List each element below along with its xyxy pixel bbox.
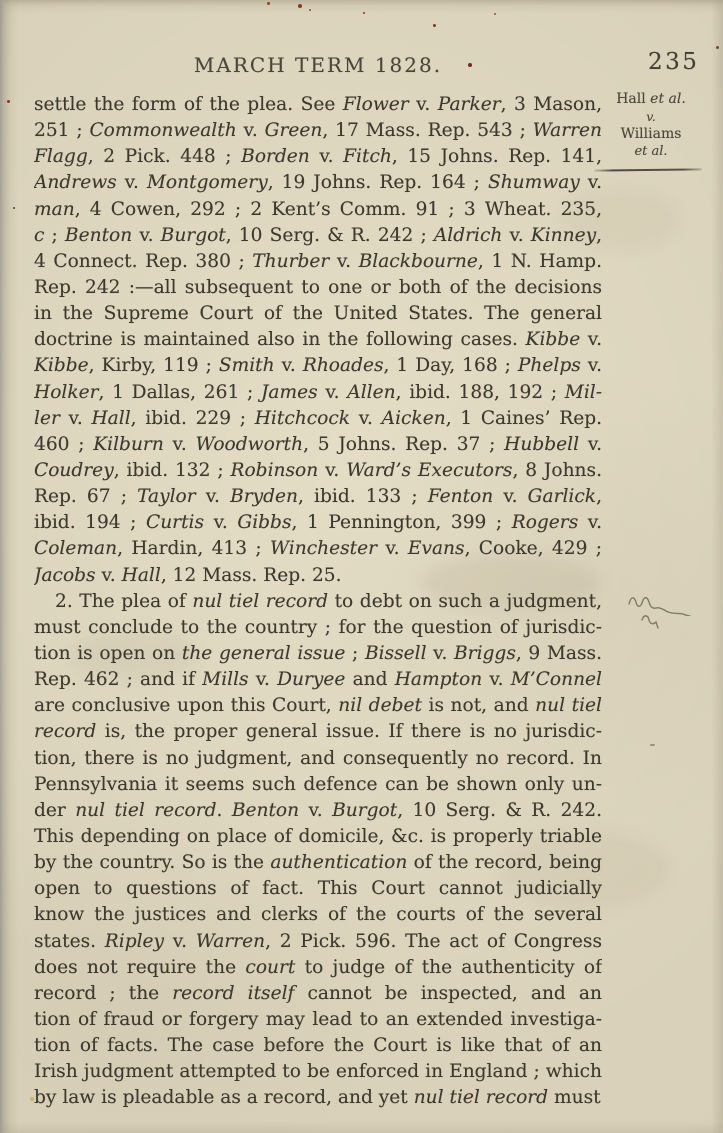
text-line: man, 4 Cowen, 292 ; 2 Kent’s Comm. 91 ; …	[34, 197, 602, 223]
text-line: know the justices and clerks of the cour…	[34, 902, 602, 928]
text-line: Coudrey, ibid. 132 ; Robinson v. Ward’s …	[34, 458, 602, 484]
ink-speck	[309, 9, 311, 11]
text-line: open to questions of fact. This Court ca…	[34, 876, 602, 902]
text-line: ibid. 194 ; Curtis v. Gibbs, 1 Penningto…	[34, 510, 602, 536]
text-line: does not require the court to judge of t…	[34, 955, 602, 981]
margin-note-rule	[594, 168, 702, 171]
text-line: Jacobs v. Hall, 12 Mass. Rep. 25.	[34, 563, 602, 589]
text-line: in the Supreme Court of the United State…	[34, 301, 602, 327]
text-line: c ; Benton v. Burgot, 10 Serg. & R. 242 …	[34, 223, 602, 249]
ink-speck	[298, 4, 302, 8]
margin-note-line: et al.	[592, 143, 710, 160]
text-line: Coleman, Hardin, 413 ; Winchester v. Eva…	[34, 536, 602, 562]
ink-speck	[30, 1097, 34, 1101]
text-line: settle the form of the plea. See Flower …	[34, 92, 602, 118]
text-line: Rep. 462 ; and if Mills v. Duryee and Ha…	[34, 667, 602, 693]
body-text: settle the form of the plea. See Flower …	[34, 92, 602, 1111]
text-line: Flagg, 2 Pick. 448 ; Borden v. Fitch, 15…	[34, 144, 602, 170]
ink-speck	[716, 46, 719, 49]
text-line: tion of facts. The case before the Court…	[34, 1033, 602, 1059]
text-line: record is, the proper general issue. If …	[34, 719, 602, 745]
ink-speck	[363, 12, 365, 14]
ink-speck	[13, 207, 15, 209]
text-line: must conclude to the country ; for the q…	[34, 615, 602, 641]
text-line: tion of fraud or forgery may lead to an …	[34, 1007, 602, 1033]
text-line: tion, there is no judgment, and conseque…	[34, 746, 602, 772]
text-line: states. Ripley v. Warren, 2 Pick. 596. T…	[34, 929, 602, 955]
ink-speck	[494, 13, 496, 15]
text-line: Andrews v. Montgomery, 19 Johns. Rep. 16…	[34, 170, 602, 196]
margin-note-line: Williams	[592, 126, 710, 143]
handwritten-squiggle-annotation	[638, 612, 666, 634]
text-line: Kibbe, Kirby, 119 ; Smith v. Rhoades, 1 …	[34, 353, 602, 379]
text-line: 2. The plea of nul tiel record to debt o…	[34, 589, 602, 615]
text-line: are conclusive upon this Court, nil debe…	[34, 693, 602, 719]
ink-speck	[650, 744, 655, 746]
text-line: Rep. 242 :—all subsequent to one or both…	[34, 275, 602, 301]
text-line: 460 ; Kilburn v. Woodworth, 5 Johns. Rep…	[34, 432, 602, 458]
margin-note-line: v.	[592, 108, 710, 125]
ink-speck	[7, 100, 10, 103]
text-line: Rep. 67 ; Taylor v. Bryden, ibid. 133 ; …	[34, 484, 602, 510]
ink-speck	[267, 2, 270, 5]
ink-speck	[433, 24, 436, 27]
margin-note-line: Hall et al.	[592, 91, 710, 108]
text-line: 251 ; Commonwealth v. Green, 17 Mass. Re…	[34, 118, 602, 144]
text-line: der nul tiel record. Benton v. Burgot, 1…	[34, 798, 602, 824]
text-line: ler v. Hall, ibid. 229 ; Hitchcock v. Ai…	[34, 406, 602, 432]
text-line: 4 Connect. Rep. 380 ; Thurber v. Blackbo…	[34, 249, 602, 275]
running-head: MARCH TERM 1828.	[108, 53, 528, 77]
text-line: doctrine is maintained also in the follo…	[34, 327, 602, 353]
text-line: Irish judgment attempted to be enforced …	[34, 1059, 602, 1085]
text-line: tion is open on the general issue ; Biss…	[34, 641, 602, 667]
page-number: 235	[648, 49, 699, 75]
text-line: record ; the record itself cannot be ins…	[34, 981, 602, 1007]
text-line: by law is pleadable as a record, and yet…	[34, 1085, 602, 1111]
text-line: Holker, 1 Dallas, 261 ; James v. Allen, …	[34, 380, 602, 406]
text-line: This depending on place of domicile, &c.…	[34, 824, 602, 850]
scanned-book-page: MARCH TERM 1828. 235 Hall et al. v. Will…	[0, 0, 723, 1133]
ink-speck	[468, 63, 472, 67]
margin-case-note: Hall et al. v. Williams et al.	[592, 91, 710, 161]
text-line: Pennsylvania it seems such defence can b…	[34, 772, 602, 798]
text-line: by the country. So is the authentication…	[34, 850, 602, 876]
